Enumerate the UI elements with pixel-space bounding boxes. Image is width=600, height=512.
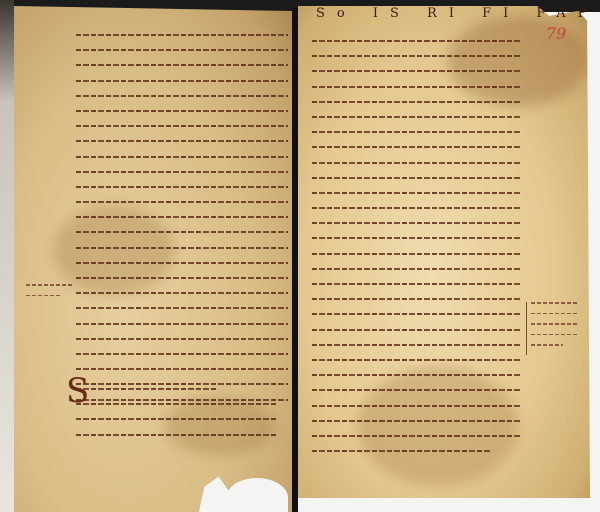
- background-left: [0, 0, 14, 512]
- right-page: [298, 6, 590, 498]
- decorated-initial: S: [66, 374, 89, 408]
- right-text-block: [312, 40, 522, 465]
- book-spine: [292, 8, 298, 512]
- left-marginal-gloss: [22, 284, 74, 305]
- left-text-block: [76, 34, 288, 414]
- left-text-block-lower: [76, 388, 276, 449]
- left-page: [14, 6, 294, 512]
- page-damage-hole: [226, 478, 288, 512]
- right-marginal-gloss: [526, 302, 577, 355]
- folio-number: 79: [546, 24, 566, 43]
- running-header: So IS RI FI FAP: [316, 6, 598, 21]
